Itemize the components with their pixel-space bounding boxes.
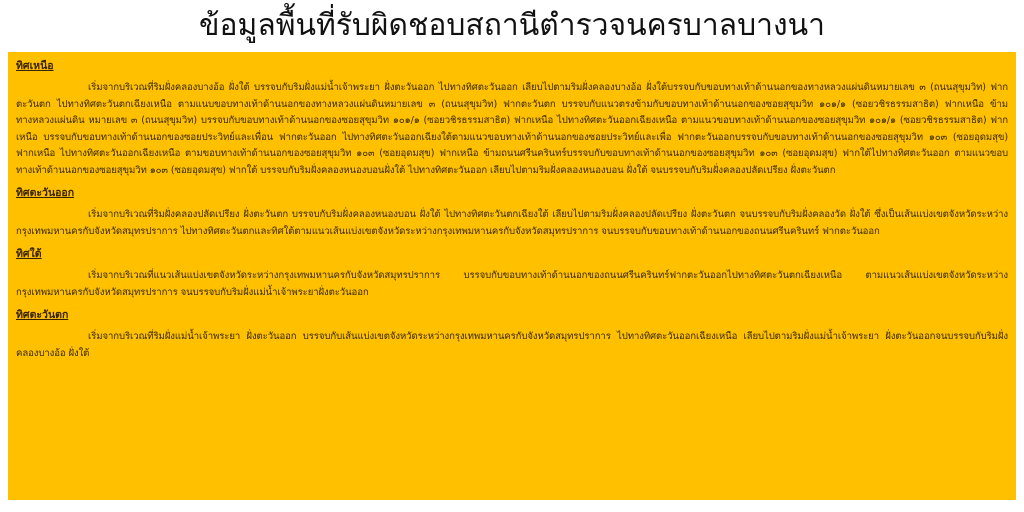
boundary-info-panel: ทิศเหนือ เริ่มจากบริเวณที่ริมฝั่งคลองบาง… <box>8 52 1016 500</box>
section-heading-west: ทิศตะวันตก <box>16 307 1008 323</box>
section-body-east: เริ่มจากบริเวณที่ริมฝั่งคลองปลัดเปรียง ฝ… <box>16 207 1008 240</box>
section-west: ทิศตะวันตก เริ่มจากบริเวณที่ริมฝั่งแม่น้… <box>16 307 1008 362</box>
section-north: ทิศเหนือ เริ่มจากบริเวณที่ริมฝั่งคลองบาง… <box>16 58 1008 179</box>
section-heading-east: ทิศตะวันออก <box>16 185 1008 201</box>
section-east: ทิศตะวันออก เริ่มจากบริเวณที่ริมฝั่งคลอง… <box>16 185 1008 240</box>
section-heading-south: ทิศใต้ <box>16 246 1008 262</box>
page-title: ข้อมูลพื้นที่รับผิดชอบสถานีตำรวจนครบาลบา… <box>0 6 1024 52</box>
section-body-west: เริ่มจากบริเวณที่ริมฝั่งแม่น้ำเจ้าพระยา … <box>16 329 1008 362</box>
section-heading-north: ทิศเหนือ <box>16 58 1008 74</box>
section-south: ทิศใต้ เริ่มจากบริเวณที่แนวเส้นแบ่งเขตจั… <box>16 246 1008 301</box>
section-body-south: เริ่มจากบริเวณที่แนวเส้นแบ่งเขตจังหวัดระ… <box>16 268 1008 301</box>
section-body-north: เริ่มจากบริเวณที่ริมฝั่งคลองบางอ้อ ฝั่งใ… <box>16 80 1008 179</box>
